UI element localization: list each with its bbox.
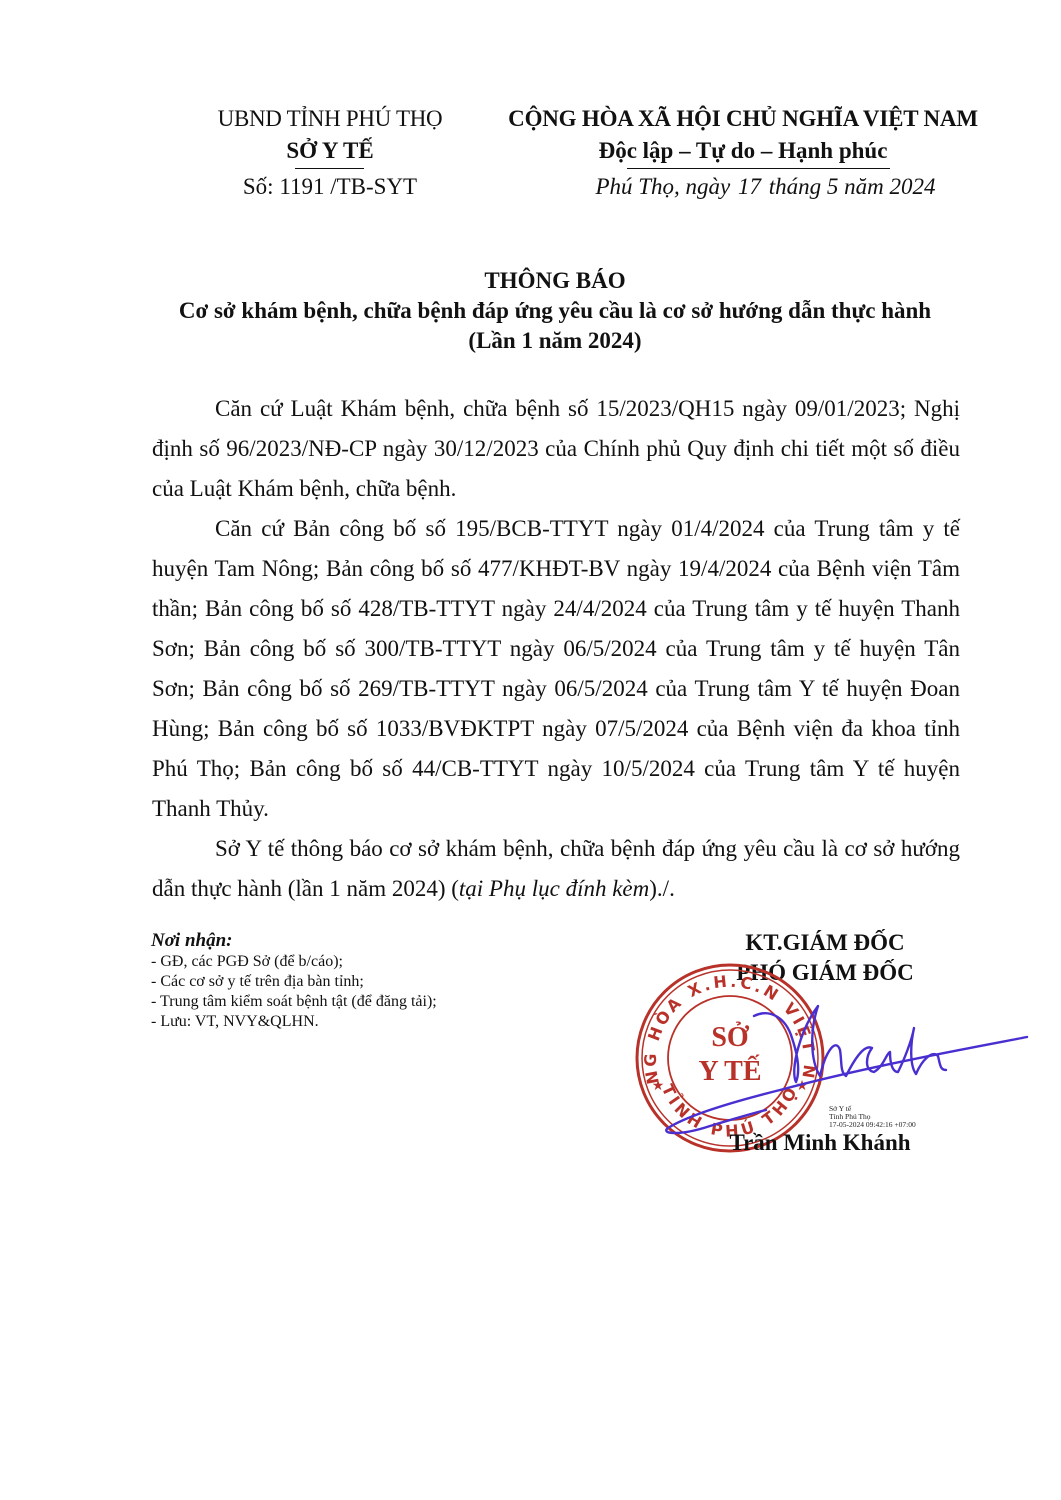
legal-basis-paragraph: Căn cứ Luật Khám bệnh, chữa bệnh số 15/2…	[152, 389, 960, 509]
authority-name: UBND TỈNH PHÚ THỌ	[160, 103, 500, 135]
notice-end: )./.	[649, 876, 675, 901]
issue-date: Phú Thọ, ngày 17 tháng 5 năm 2024	[523, 171, 1008, 203]
appendix-reference: tại Phụ lục đính kèm	[459, 876, 649, 901]
document-heading: THÔNG BÁO	[140, 266, 970, 296]
announcements-paragraph: Căn cứ Bản công bố số 195/BCB-TTYT ngày …	[152, 509, 960, 829]
signature-title-line-1: KT.GIÁM ĐỐC	[650, 928, 1000, 958]
issuing-authority-block: UBND TỈNH PHÚ THỌ SỞ Y TẾ Số: 1191 /TB-S…	[160, 103, 500, 203]
document-title-block: THÔNG BÁO Cơ sở khám bệnh, chữa bệnh đáp…	[140, 266, 970, 356]
recipients-heading: Nơi nhận:	[151, 930, 571, 952]
date-day: 17	[736, 174, 763, 199]
department-name: SỞ Y TẾ	[286, 135, 373, 167]
digital-signature-info: Sở Y tế Tỉnh Phú Thọ 17-05-2024 09:42:16…	[829, 1105, 916, 1129]
document-body: Căn cứ Luật Khám bệnh, chữa bệnh số 15/2…	[152, 389, 960, 909]
recipients-block: Nơi nhận: - GĐ, các PGĐ Sở (để b/cáo); -…	[151, 930, 571, 1032]
national-motto: Độc lập – Tự do – Hạnh phúc	[599, 135, 888, 167]
nation-name: CỘNG HÒA XÃ HỘI CHỦ NGHĨA VIỆT NAM	[478, 103, 1008, 135]
date-prefix: Phú Thọ, ngày	[595, 174, 730, 199]
recipient-item: - Trung tâm kiểm soát bệnh tật (để đăng …	[151, 992, 571, 1012]
signer-name: Trần Minh Khánh	[690, 1128, 950, 1158]
recipient-item: - Lưu: VT, NVY&QLHN.	[151, 1012, 571, 1032]
notice-paragraph: Sở Y tế thông báo cơ sở khám bệnh, chữa …	[152, 829, 960, 909]
recipient-item: - Các cơ sở y tế trên địa bàn tỉnh;	[151, 972, 571, 992]
national-heading-block: CỘNG HÒA XÃ HỘI CHỦ NGHĨA VIỆT NAM Độc l…	[478, 103, 1008, 203]
document-subject: Cơ sở khám bệnh, chữa bệnh đáp ứng yêu c…	[140, 296, 970, 326]
document-edition: (Lần 1 năm 2024)	[140, 326, 970, 356]
document-number: Số: 1191 /TB-SYT	[160, 171, 500, 203]
date-suffix: tháng 5 năm 2024	[769, 174, 936, 199]
recipient-item: - GĐ, các PGĐ Sở (để b/cáo);	[151, 952, 571, 972]
